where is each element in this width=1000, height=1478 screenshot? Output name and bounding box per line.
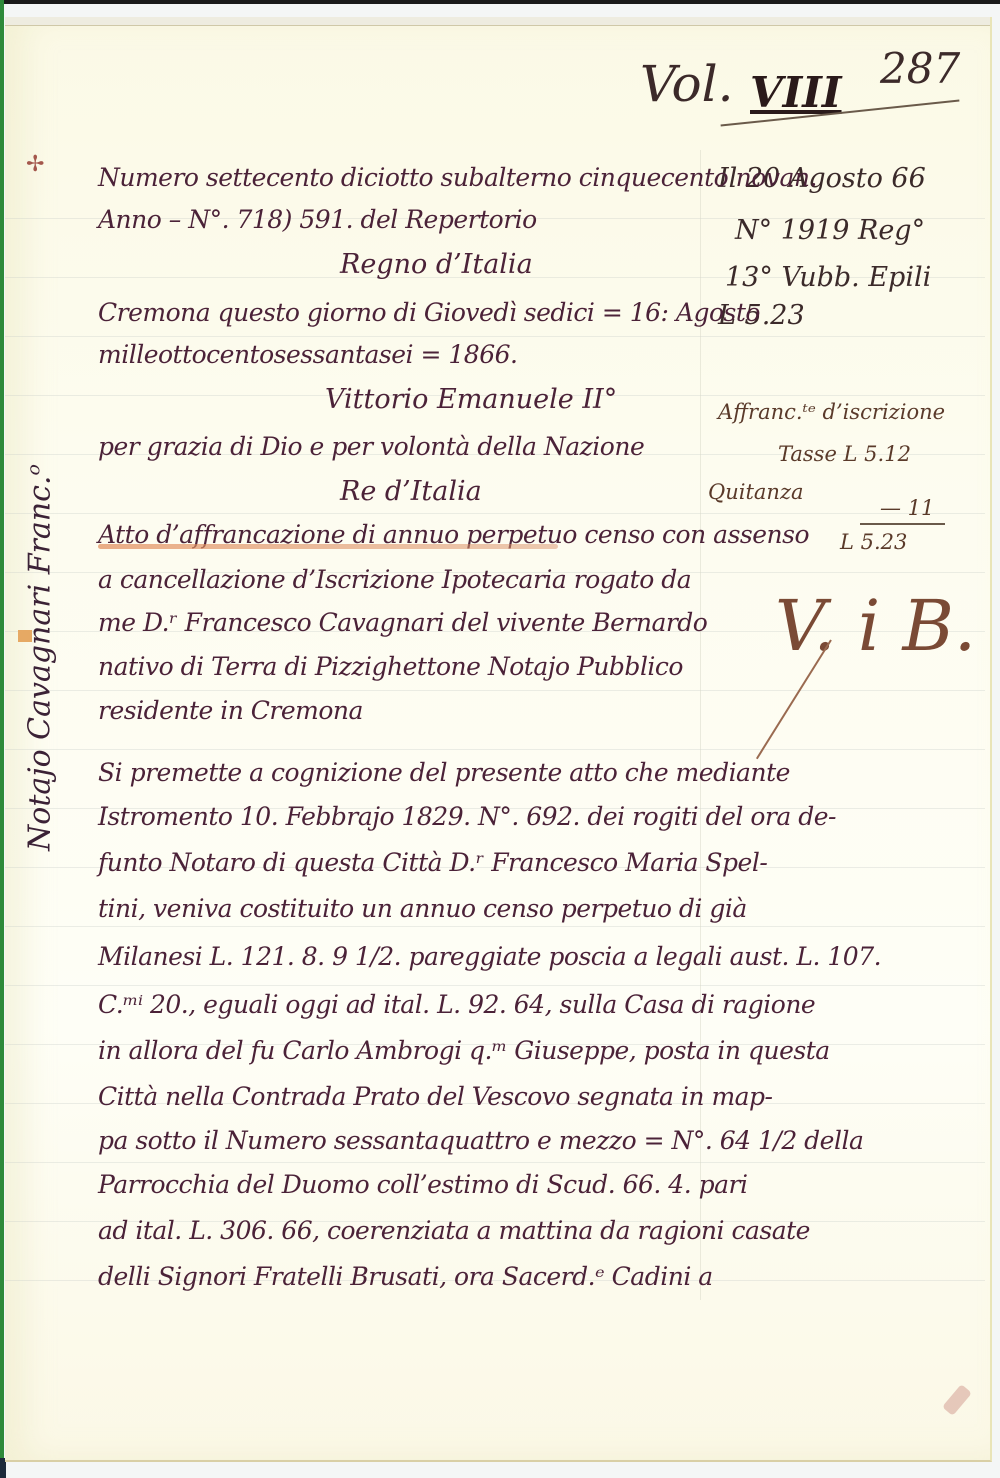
corner-mark: ✢ (26, 152, 44, 177)
registration-volume: 13° Vubb. Epili (725, 262, 931, 293)
body-line-14: Si premette a cognizione del presente at… (98, 758, 790, 787)
body-line-6-heading: Vittorio Emanuele II° (325, 384, 617, 415)
body-line-24: ad ital. L. 306. 66, coerenziata a matti… (98, 1216, 810, 1245)
body-line-15: Istromento 10. Febbrajo 1829. N°. 692. d… (98, 802, 836, 831)
body-line-10: a cancellazione d’Iscrizione Ipotecaria … (98, 565, 691, 594)
registration-number: N° 1919 Reg° (735, 215, 925, 246)
volume-label: Vol. (640, 55, 734, 113)
body-line-23: Parrocchia del Duomo coll’estimo di Scud… (98, 1170, 747, 1199)
page-number: 287 (880, 44, 960, 93)
body-line-21: Città nella Contrada Prato del Vescovo s… (98, 1082, 773, 1111)
side-note-4: — 11 (880, 496, 934, 520)
signature: V. i B. (775, 585, 976, 667)
body-line-4: Cremona questo giorno di Giovedì sedici … (98, 298, 760, 327)
sum-line (860, 523, 945, 525)
body-line-19: C.ᵐⁱ 20., eguali oggi ad ital. L. 92. 64… (98, 990, 815, 1019)
side-note-2: Tasse L 5.12 (778, 442, 911, 466)
side-note-1: Affranc.ᵗᵉ d’iscrizione (718, 400, 945, 424)
body-line-8-heading: Re d’Italia (340, 476, 482, 507)
side-note-5: L 5.23 (840, 530, 907, 554)
body-line-20: in allora del fu Carlo Ambrogi q.ᵐ Giuse… (98, 1036, 830, 1065)
body-line-1: Numero settecento diciotto subalterno ci… (98, 163, 817, 192)
scan-top-edge (0, 0, 1000, 4)
body-line-16: funto Notaro di questa Città D.ʳ Frances… (98, 848, 767, 877)
side-note-3: Quitanza (708, 480, 804, 504)
body-line-18: Milanesi L. 121. 8. 9 1/2. pareggiate po… (98, 942, 881, 971)
body-line-11: me D.ʳ Francesco Cavagnari del vivente B… (98, 608, 707, 637)
scan-left-edge (0, 0, 4, 1478)
volume-number: VIII (750, 68, 842, 117)
body-line-13: residente in Cremona (98, 696, 363, 725)
body-line-22: pa sotto il Numero sessantaquattro e mez… (98, 1126, 863, 1155)
body-line-25: delli Signori Fratelli Brusati, ora Sace… (98, 1262, 713, 1291)
body-line-5: milleottocentosessantasei = 1866. (98, 340, 517, 369)
body-line-12: nativo di Terra di Pizzighettone Notajo … (98, 652, 683, 681)
title-underline (98, 544, 558, 549)
body-line-17: tini, veniva costituito un annuo censo p… (98, 894, 747, 923)
margin-vertical-note: Notajo Cavagnari Franc.ᵒ (23, 448, 58, 868)
body-line-7: per grazia di Dio e per volontà della Na… (98, 432, 644, 461)
body-line-2: Anno – N°. 718) 591. del Repertorio (98, 205, 537, 234)
body-line-3-heading: Regno d’Italia (340, 249, 533, 280)
wax-mark (18, 630, 32, 642)
